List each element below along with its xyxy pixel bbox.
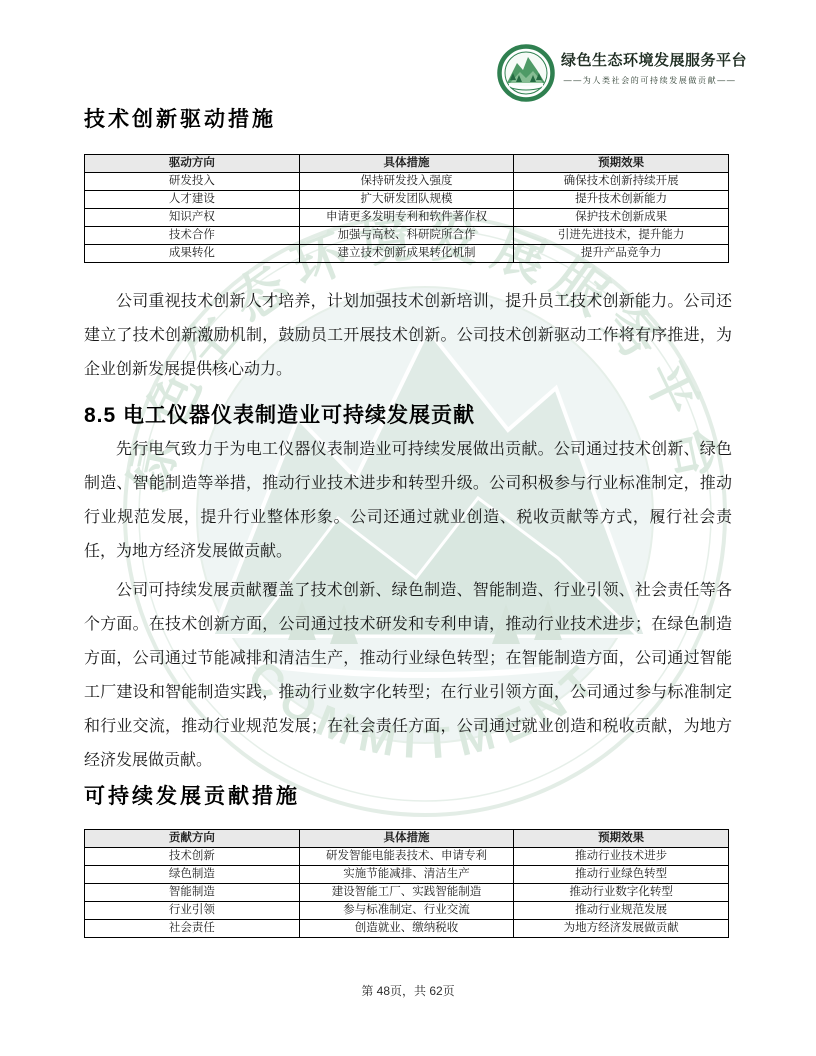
table-cell: 智能制造 xyxy=(85,884,300,902)
heading-contribution-measures: 可持续发展贡献措施 xyxy=(84,784,300,810)
table-cell: 引进先进技术，提升能力 xyxy=(514,227,729,245)
table-cell: 创造就业、缴纳税收 xyxy=(299,920,514,938)
table-cell: 保护技术创新成果 xyxy=(514,209,729,227)
table-row: 知识产权 申请更多发明专利和软件著作权 保护技术创新成果 xyxy=(85,209,729,227)
table-cell: 推动行业绿色转型 xyxy=(514,866,729,884)
document-page: 绿色生态环境发展服务平台 COMMITMENT 绿色生态环境发展服务平台 ——为… xyxy=(0,0,816,1056)
table-cell: 人才建设 xyxy=(85,191,300,209)
table-cell: 推动行业技术进步 xyxy=(514,848,729,866)
table-cell: 推动行业规范发展 xyxy=(514,902,729,920)
table-cell: 成果转化 xyxy=(85,245,300,263)
table-cell: 保持研发投入强度 xyxy=(299,173,514,191)
table-cell: 扩大研发团队规模 xyxy=(299,191,514,209)
table-row: 行业引领 参与标准制定、行业交流 推动行业规范发展 xyxy=(85,902,729,920)
section-heading-8-5: 8.5 电工仪器仪表制造业可持续发展贡献 xyxy=(84,403,475,429)
table-cell: 参与标准制定、行业交流 xyxy=(299,902,514,920)
table-cell: 建设智能工厂、实践智能制造 xyxy=(299,884,514,902)
table-col-header: 具体措施 xyxy=(299,155,514,173)
table-cell: 技术创新 xyxy=(85,848,300,866)
table-cell: 行业引领 xyxy=(85,902,300,920)
table-cell: 技术合作 xyxy=(85,227,300,245)
table-cell: 知识产权 xyxy=(85,209,300,227)
table-col-header: 具体措施 xyxy=(299,830,514,848)
table-cell: 绿色制造 xyxy=(85,866,300,884)
table-cell: 推动行业数字化转型 xyxy=(514,884,729,902)
table-cell: 建立技术创新成果转化机制 xyxy=(299,245,514,263)
paragraph-innovation-talent: 公司重视技术创新人才培养，计划加强技术创新培训，提升员工技术创新能力。公司还建立… xyxy=(84,285,732,387)
paragraph-industry-contribution: 先行电气致力于为电工仪器仪表制造业可持续发展做出贡献。公司通过技术创新、绿色制造… xyxy=(84,433,732,569)
table-cell: 研发投入 xyxy=(85,173,300,191)
table-cell: 研发智能电能表技术、申请专利 xyxy=(299,848,514,866)
table-col-header: 驱动方向 xyxy=(85,155,300,173)
table-row: 绿色制造 实施节能减排、清洁生产 推动行业绿色转型 xyxy=(85,866,729,884)
table-col-header: 贡献方向 xyxy=(85,830,300,848)
table-row: 技术合作 加强与高校、科研院所合作 引进先进技术，提升能力 xyxy=(85,227,729,245)
table-header-row: 贡献方向 具体措施 预期效果 xyxy=(85,830,729,848)
table-cell: 申请更多发明专利和软件著作权 xyxy=(299,209,514,227)
table-row: 智能制造 建设智能工厂、实践智能制造 推动行业数字化转型 xyxy=(85,884,729,902)
table-row: 人才建设 扩大研发团队规模 提升技术创新能力 xyxy=(85,191,729,209)
paragraph-contribution-coverage: 公司可持续发展贡献覆盖了技术创新、绿色制造、智能制造、行业引领、社会责任等各个方… xyxy=(84,574,732,778)
table-col-header: 预期效果 xyxy=(514,155,729,173)
table-cell: 为地方经济发展做贡献 xyxy=(514,920,729,938)
brand-logo-icon xyxy=(497,44,555,102)
table-row: 社会责任 创造就业、缴纳税收 为地方经济发展做贡献 xyxy=(85,920,729,938)
page-number: 第 48页，共 62页 xyxy=(0,982,816,999)
brand-title: 绿色生态环境发展服务平台 xyxy=(561,49,739,70)
brand-subtitle: ——为人类社会的可持续发展做贡献—— xyxy=(561,75,739,86)
table-cell: 加强与高校、科研院所合作 xyxy=(299,227,514,245)
table-col-header: 预期效果 xyxy=(514,830,729,848)
contribution-measures-table: 贡献方向 具体措施 预期效果 技术创新 研发智能电能表技术、申请专利 推动行业技… xyxy=(84,829,729,938)
table-row: 成果转化 建立技术创新成果转化机制 提升产品竞争力 xyxy=(85,245,729,263)
heading-drive-measures: 技术创新驱动措施 xyxy=(84,107,276,133)
table-row: 研发投入 保持研发投入强度 确保技术创新持续开展 xyxy=(85,173,729,191)
table-cell: 确保技术创新持续开展 xyxy=(514,173,729,191)
table-cell: 社会责任 xyxy=(85,920,300,938)
table-header-row: 驱动方向 具体措施 预期效果 xyxy=(85,155,729,173)
table-row: 技术创新 研发智能电能表技术、申请专利 推动行业技术进步 xyxy=(85,848,729,866)
table-cell: 提升产品竞争力 xyxy=(514,245,729,263)
table-cell: 实施节能减排、清洁生产 xyxy=(299,866,514,884)
brand-header: 绿色生态环境发展服务平台 ——为人类社会的可持续发展做贡献—— xyxy=(497,44,739,102)
drive-measures-table: 驱动方向 具体措施 预期效果 研发投入 保持研发投入强度 确保技术创新持续开展 … xyxy=(84,154,729,263)
table-cell: 提升技术创新能力 xyxy=(514,191,729,209)
